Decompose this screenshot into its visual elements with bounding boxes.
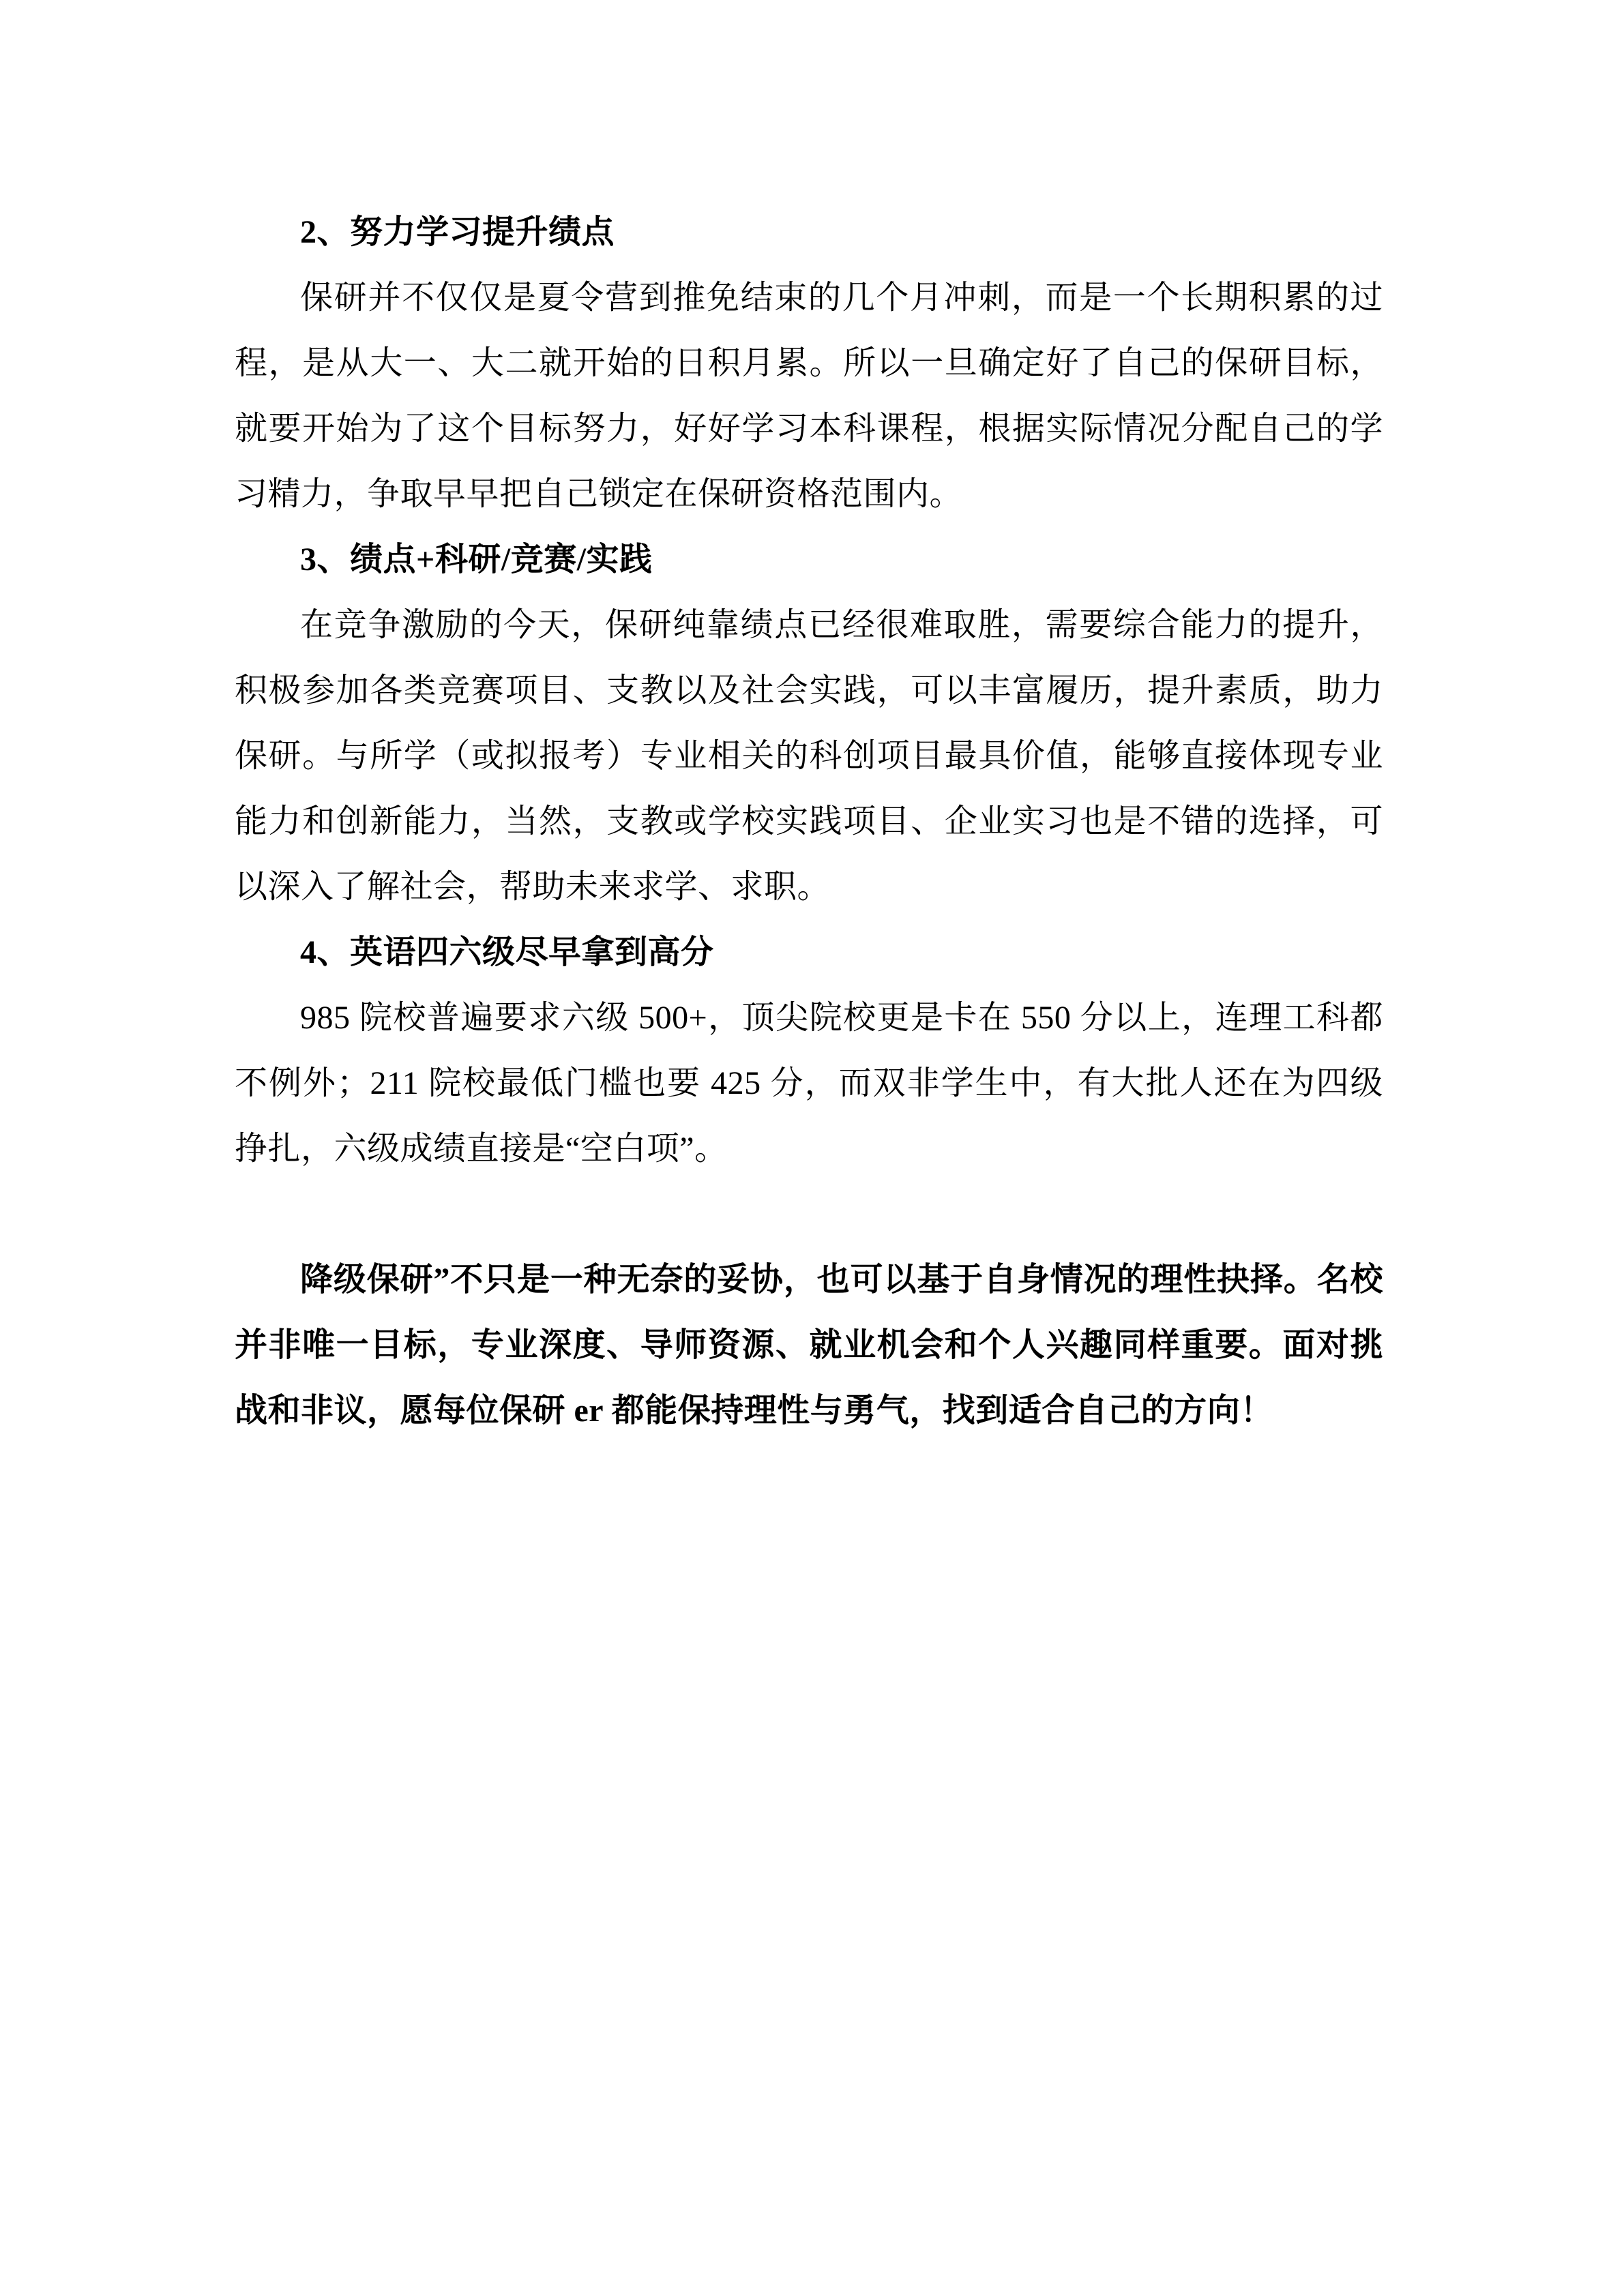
body-paragraph: 降级保研”不只是一种无奈的妥协，也可以基于自身情况的理性抉择。名校并非唯一目标，… xyxy=(235,1247,1383,1444)
body-paragraph: 保研并不仅仅是夏令营到推免结束的几个月冲刺，而是一个长期积累的过程，是从大一、大… xyxy=(235,265,1383,527)
section-heading: 2、努力学习提升绩点 xyxy=(235,200,1383,265)
document-page: 2、努力学习提升绩点保研并不仅仅是夏令营到推免结束的几个月冲刺，而是一个长期积累… xyxy=(0,0,1624,2296)
body-paragraph: 985 院校普遍要求六级 500+，顶尖院校更是卡在 550 分以上，连理工科都… xyxy=(235,985,1383,1182)
section-heading: 3、绩点+科研/竞赛/实践 xyxy=(235,527,1383,593)
document-content: 2、努力学习提升绩点保研并不仅仅是夏令营到推免结束的几个月冲刺，而是一个长期积累… xyxy=(235,200,1383,1444)
section-heading: 4、英语四六级尽早拿到高分 xyxy=(235,920,1383,985)
blank-line xyxy=(235,1182,1383,1247)
body-paragraph: 在竞争激励的今天，保研纯靠绩点已经很难取胜，需要综合能力的提升，积极参加各类竞赛… xyxy=(235,593,1383,920)
